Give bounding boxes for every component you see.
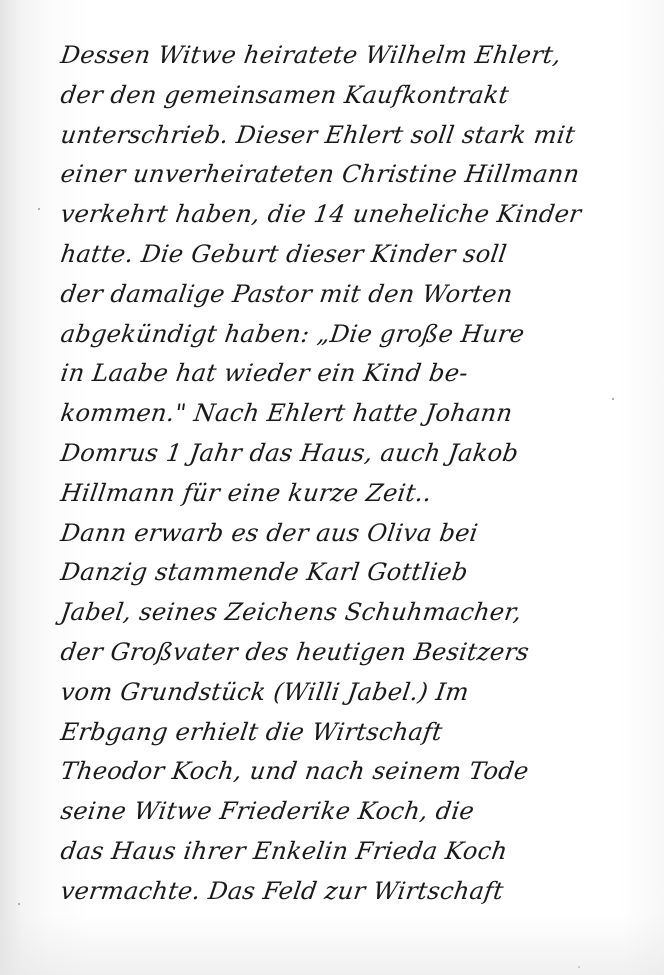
text-line: der Großvater des heutigen Besitzers [58, 633, 664, 673]
text-line: das Haus ihrer Enkelin Frieda Koch [58, 832, 664, 872]
paper-speck [578, 966, 580, 968]
text-line: kommen." Nach Ehlert hatte Johann [58, 394, 664, 434]
handwritten-page: Dessen Witwe heiratete Wilhelm Ehlert, d… [0, 0, 664, 975]
text-line: Domrus 1 Jahr das Haus, auch Jakob [58, 434, 664, 474]
text-line: Jabel, seines Zeichens Schuhmacher, [58, 593, 664, 633]
text-line: vermachte. Das Feld zur Wirtschaft [58, 872, 664, 912]
text-line: Theodor Koch, und nach seinem Tode [58, 752, 664, 792]
text-line: einer unverheirateten Christine Hillmann [58, 155, 664, 195]
text-line: Erbgang erhielt die Wirtschaft [58, 713, 664, 753]
text-line: verkehrt haben, die 14 uneheliche Kinder [58, 195, 664, 235]
text-line: in Laabe hat wieder ein Kind be- [58, 354, 664, 394]
paper-speck [18, 903, 20, 905]
text-line: der damalige Pastor mit den Worten [58, 275, 664, 315]
paper-speck [38, 208, 40, 210]
text-line: seine Witwe Friederike Koch, die [58, 792, 664, 832]
text-line: Dessen Witwe heiratete Wilhelm Ehlert, [58, 36, 664, 76]
text-line: hatte. Die Geburt dieser Kinder soll [58, 235, 664, 275]
text-line: Hillmann für eine kurze Zeit.. [58, 474, 664, 514]
text-line: der den gemeinsamen Kaufkontrakt [58, 76, 664, 116]
text-line: Dann erwarb es der aus Oliva bei [58, 514, 664, 554]
text-line: Danzig stammende Karl Gottlieb [58, 553, 664, 593]
text-line: unterschrieb. Dieser Ehlert soll stark m… [58, 116, 664, 156]
text-line: vom Grundstück (Willi Jabel.) Im [58, 673, 664, 713]
text-line: abgekündigt haben: „Die große Hure [58, 315, 664, 355]
manuscript-text: Dessen Witwe heiratete Wilhelm Ehlert, d… [58, 36, 658, 912]
